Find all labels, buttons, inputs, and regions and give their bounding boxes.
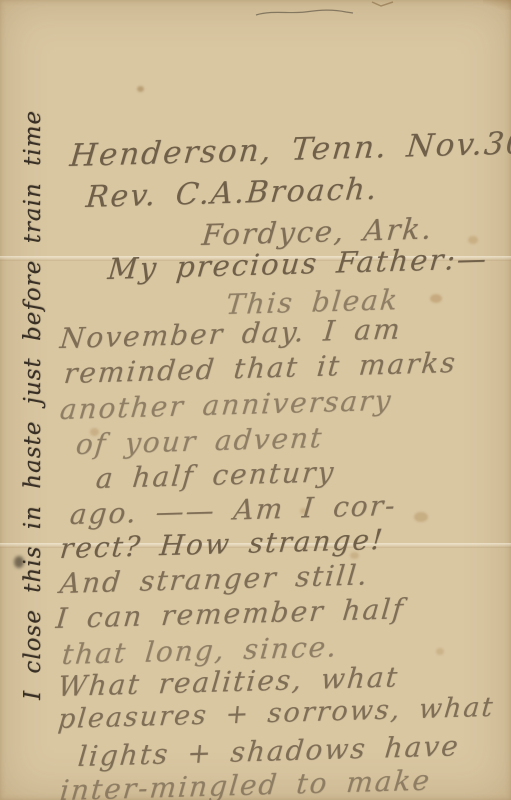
letter-line: another anniversary xyxy=(58,384,393,426)
letter-line: of your advent xyxy=(74,421,324,461)
recipient-line: Rev. C.A.Broach. xyxy=(84,172,380,215)
letter-line: a half century xyxy=(94,455,336,495)
salutation-line: My precious Father:— xyxy=(106,241,489,286)
stain-spot xyxy=(436,648,444,655)
letter-page: I close this in haste just before train … xyxy=(0,0,511,800)
date-line: Henderson, Tenn. Nov.30/96. xyxy=(68,123,511,174)
stain-spot xyxy=(430,294,442,303)
paper-tear xyxy=(483,0,511,10)
stain-spot xyxy=(137,86,144,92)
margin-note: I close this in haste just before train … xyxy=(20,35,46,775)
stain-spot xyxy=(414,512,428,522)
